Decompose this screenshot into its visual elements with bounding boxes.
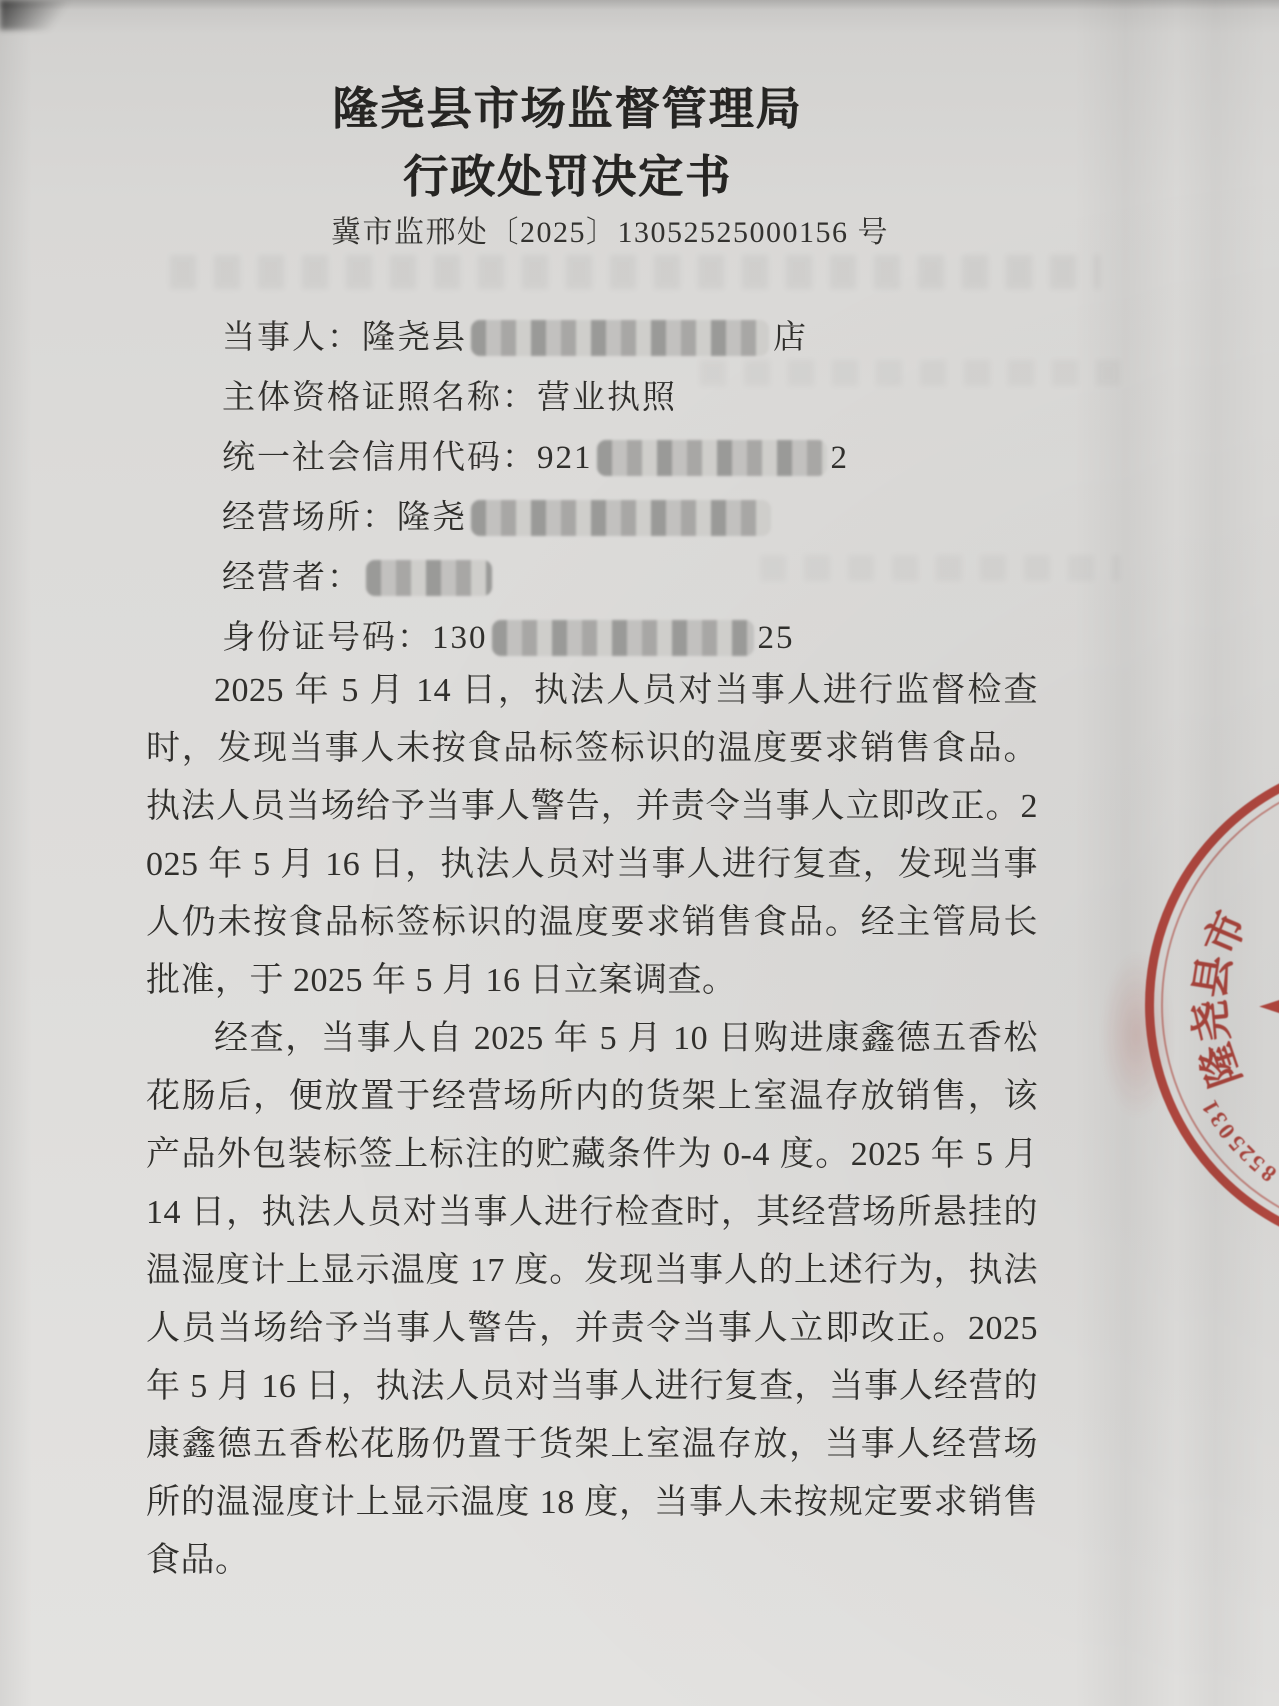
field-value: 店 bbox=[773, 320, 808, 356]
field-row: 主体资格证照名称：营业执照 bbox=[222, 368, 849, 428]
photo-edge-shadow bbox=[0, 0, 1279, 10]
field-label: 经营者： bbox=[222, 560, 362, 596]
document-number: 冀市监邢处〔2025〕13052525000156 号 bbox=[0, 207, 1220, 251]
redaction-blur bbox=[471, 500, 771, 536]
agency-title: 隆尧县市场监督管理局 bbox=[0, 72, 1135, 137]
official-seal: 隆尧县市 1305258 bbox=[1075, 685, 1279, 1325]
seal-ink-smudge bbox=[1087, 920, 1187, 1150]
redaction-blur bbox=[597, 440, 827, 476]
field-value: 隆尧 bbox=[397, 500, 467, 536]
body-paragraph: 2025 年 5 月 14 日，执法人员对当事人进行监督检查时，发现当事人未按食… bbox=[146, 662, 1038, 1010]
field-row: 统一社会信用代码：9212 bbox=[222, 428, 849, 488]
redaction-blur bbox=[366, 560, 492, 596]
field-label: 主体资格证照名称： bbox=[222, 380, 537, 416]
field-value: 921 bbox=[537, 440, 593, 476]
field-value: 隆尧县 bbox=[362, 320, 467, 356]
field-row: 当事人：隆尧县店 bbox=[222, 308, 849, 368]
field-label: 身份证号码： bbox=[222, 620, 432, 656]
field-label: 经营场所： bbox=[222, 500, 397, 536]
field-value: 营业执照 bbox=[537, 380, 677, 416]
field-value: 2 bbox=[831, 440, 850, 476]
party-info-block: 当事人：隆尧县店主体资格证照名称：营业执照统一社会信用代码：9212经营场所：隆… bbox=[222, 308, 849, 668]
field-label: 当事人： bbox=[222, 320, 362, 356]
field-value: 25 bbox=[758, 620, 795, 656]
document-type-title: 行政处罚决定书 bbox=[0, 140, 1135, 205]
document-page: 隆尧县市场监督管理局 行政处罚决定书 冀市监邢处〔2025〕1305252500… bbox=[0, 0, 1279, 1706]
redaction-blur bbox=[471, 320, 769, 356]
bleedthrough-smudge bbox=[170, 255, 1100, 289]
redaction-blur bbox=[492, 620, 754, 656]
field-row: 身份证号码：13025 bbox=[222, 608, 849, 668]
field-row: 经营者： bbox=[222, 548, 849, 608]
field-value: 130 bbox=[432, 620, 488, 656]
field-label: 统一社会信用代码： bbox=[222, 440, 537, 476]
document-body: 2025 年 5 月 14 日，执法人员对当事人进行监督检查时，发现当事人未按食… bbox=[146, 662, 1038, 1590]
field-row: 经营场所：隆尧 bbox=[222, 488, 849, 548]
body-paragraph: 经查，当事人自 2025 年 5 月 10 日购进康鑫德五香松花肠后，便放置于经… bbox=[146, 1010, 1038, 1590]
